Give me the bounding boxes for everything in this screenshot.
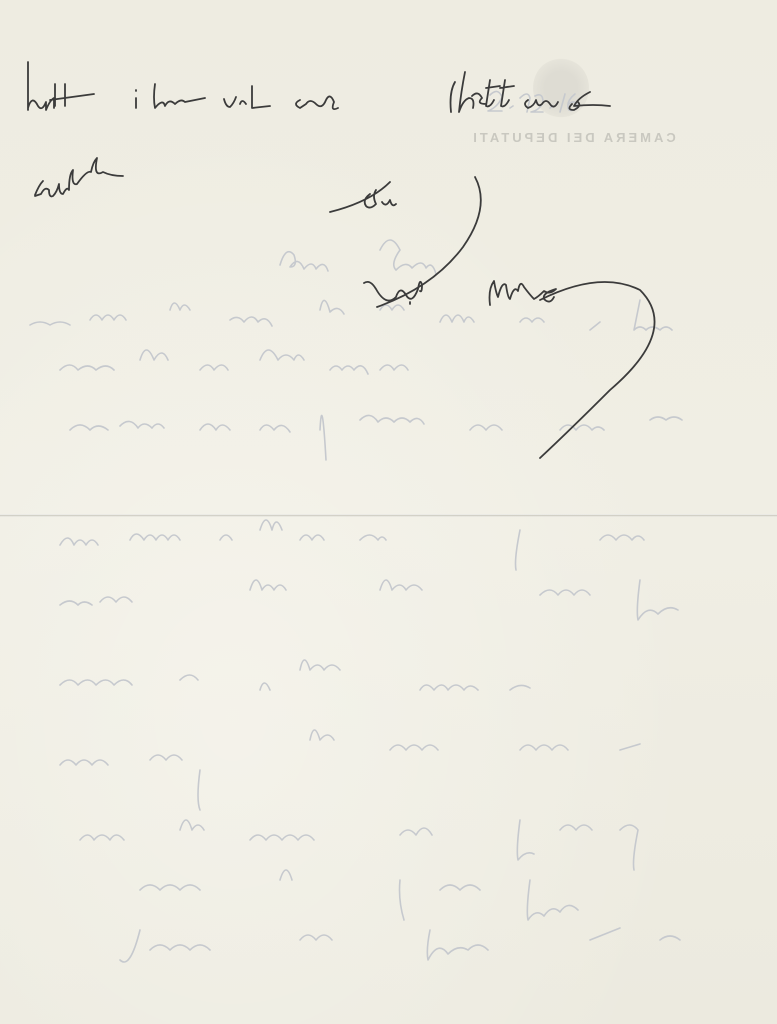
letter-sheet: CAMERA DEI DEPUTATI: [0, 0, 777, 1024]
front-handwriting: [0, 0, 777, 1024]
